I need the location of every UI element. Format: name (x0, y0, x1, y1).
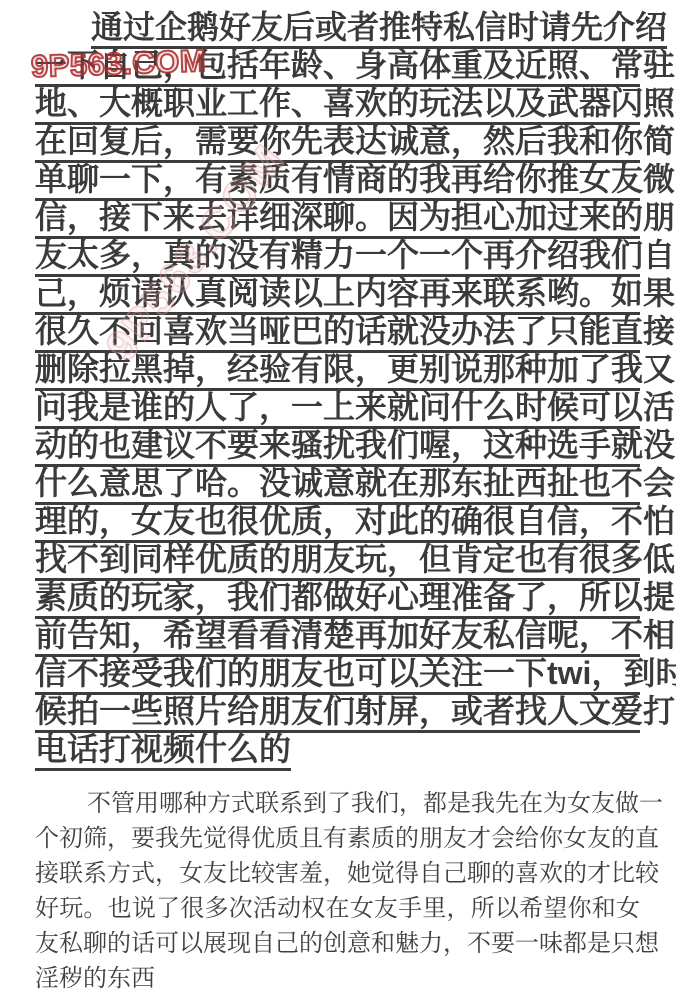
paragraph-line: 友私聊的话可以展现自己的创意和魅力，不要一味都是只想 (35, 926, 640, 961)
paragraph-line: 通过企鹅好友后或者推特私信时请先介绍 (35, 8, 640, 46)
underlined-text: 通过企鹅好友后或者推特私信时请先介绍 (91, 9, 667, 49)
paragraph-line: 不管用哪种方式联系到了我们，都是我先在为女友做一 (35, 786, 640, 821)
underlined-text: 电话打视频什么的 (35, 731, 291, 771)
paragraph-line: 单聊一下，有素质有情商的我再给你推女友微 (35, 160, 640, 201)
paragraph-line: 好玩。也说了很多次活动权在女友手里，所以希望你和女 (35, 891, 640, 926)
paragraph-line: 前告知，希望看看清楚再加好友私信呢，不相 (35, 616, 640, 657)
paragraph-line: 理的，女友也很优质，对此的确很自信，不怕 (35, 502, 640, 543)
paragraph-line: 一下自己，包括年龄、身高体重及近照、常驻 (35, 46, 640, 87)
notice-document: 通过企鹅好友后或者推特私信时请先介绍 一下自己，包括年龄、身高体重及近照、常驻 … (0, 0, 676, 1000)
paragraph-line: 友太多，真的没有精力一个一个再介绍我们自 (35, 236, 640, 277)
paragraph-line: 候拍一些照片给朋友们射屏，或者找人文爱打 (35, 692, 640, 733)
paragraph-line: 地、大概职业工作、喜欢的玩法以及武器闪照。 (35, 84, 640, 125)
paragraph-line: 电话打视频什么的 (35, 730, 640, 768)
paragraph-line: 动的也建议不要来骚扰我们喔，这种选手就没 (35, 426, 640, 467)
paragraph-line: 接联系方式，女友比较害羞，她觉得自己聊的喜欢的才比较 (35, 856, 640, 891)
paragraph-line: 己，烦请认真阅读以上内容再来联系哟。如果 (35, 274, 640, 315)
intro-paragraph: 通过企鹅好友后或者推特私信时请先介绍 一下自己，包括年龄、身高体重及近照、常驻 … (35, 8, 640, 768)
paragraph-line: 什么意思了哈。没诚意就在那东扯西扯也不会 (35, 464, 640, 505)
paragraph-line: 找不到同样优质的朋友玩，但肯定也有很多低 (35, 540, 640, 581)
paragraph-line: 问我是谁的人了，一上来就问什么时候可以活 (35, 388, 640, 429)
paragraph-line: 信，接下来去详细深聊。因为担心加过来的朋 (35, 198, 640, 239)
paragraph-line: 淫秽的东西 (35, 961, 640, 996)
paragraph-line: 删除拉黑掉，经验有限，更别说那种加了我又 (35, 350, 640, 391)
paragraph-line: 个初筛，要我先觉得优质且有素质的朋友才会给你女友的直 (35, 821, 640, 856)
paragraph-line: 在回复后，需要你先表达诚意，然后我和你简 (35, 122, 640, 163)
paragraph-line: 素质的玩家，我们都做好心理准备了，所以提 (35, 578, 640, 619)
paragraph-line: 信不接受我们的朋友也可以关注一下twi，到时 (35, 654, 640, 695)
contact-paragraph: 不管用哪种方式联系到了我们，都是我先在为女友做一 个初筛，要我先觉得优质且有素质… (35, 786, 640, 996)
paragraph-line: 很久不回喜欢当哑巴的话就没办法了只能直接 (35, 312, 640, 353)
